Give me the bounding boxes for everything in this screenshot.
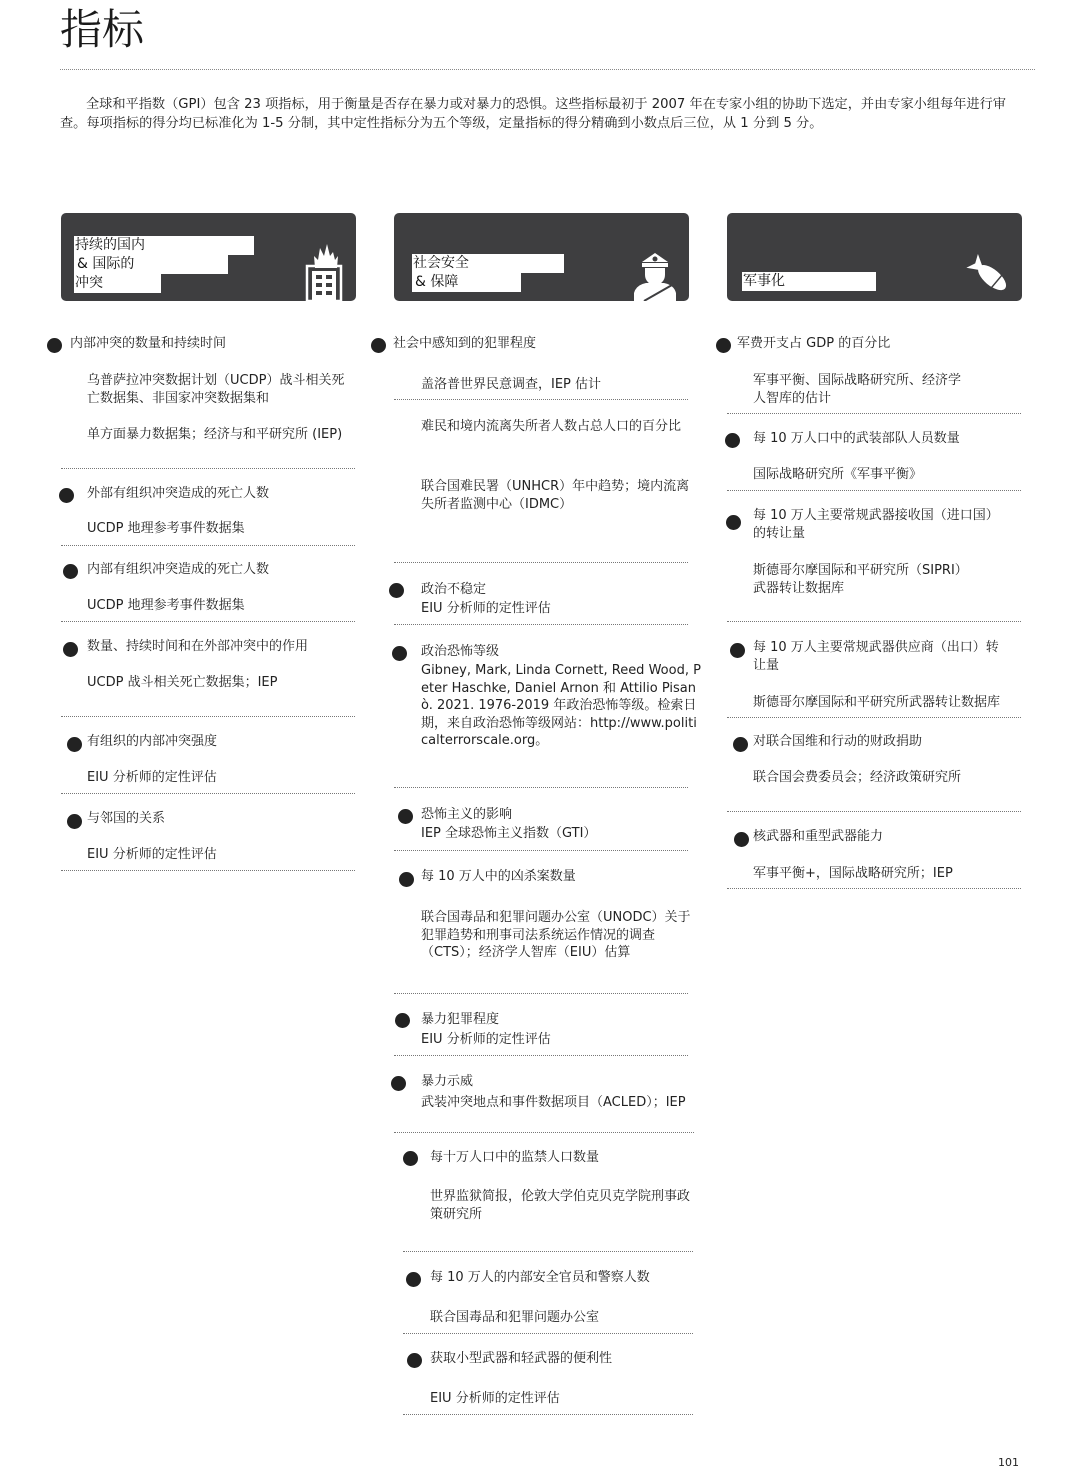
indicator-title: 恐怖主义的影响 [421,806,512,824]
indicator-source: 军事平衡、国际战略研究所、经济学人智库的估计 [753,372,963,407]
item-divider [61,545,355,546]
indicator-title: 与邻国的关系 [87,810,165,828]
indicator-source: 斯德哥尔摩国际和平研究所（SIPRI）武器转让数据库 [753,562,978,597]
indicator-title: 外部有组织冲突造成的死亡人数 [87,485,269,503]
indicator-source: 联合国毒品和犯罪问题办公室（UNODC）关于犯罪趋势和刑事司法系统运作情况的调查… [421,909,693,962]
bullet-icon [403,1151,418,1166]
item-divider [403,1251,693,1252]
indicator-title: 暴力犯罪程度 [421,1011,499,1029]
indicator-title: 每 10 万人中的凶杀案数量 [421,868,576,886]
indicator-source: 国际战略研究所《军事平衡》 [753,466,922,484]
bullet-icon [395,1013,410,1028]
category-card-conflict: 持续的国内 & 国际的 冲突 [61,213,356,301]
indicator-title: 社会中感知到的犯罪程度 [393,335,536,353]
title-divider [60,69,1035,70]
bullet-icon [67,737,82,752]
indicator-source: 军事平衡+，国际战略研究所；IEP [753,865,953,883]
bullet-icon [63,642,78,657]
item-divider [394,850,688,851]
indicator-title: 有组织的内部冲突强度 [87,733,217,751]
indicator-title: 暴力示威 [421,1073,473,1091]
indicator-title: 对联合国维和行动的财政捐助 [753,733,922,751]
item-divider [403,1414,693,1415]
indicator-source: UCDP 战斗相关死亡数据集；IEP [87,674,277,692]
indicator-title: 政治恐怖等级 [421,643,499,661]
indicator-source: EIU 分析师的定性评估 [87,846,217,864]
bullet-icon [389,583,404,598]
item-divider [727,717,1021,718]
indicator-source: 盖洛普世界民意调查，IEP 估计 [421,376,601,394]
item-divider [727,621,1021,622]
indicator-title: 难民和境内流离失所者人数占总人口的百分比 [421,418,681,436]
bullet-icon [59,488,74,503]
bullet-icon [734,832,749,847]
indicator-source: EIU 分析师的定性评估 [87,769,217,787]
burning-building-icon [304,242,344,301]
bullet-icon [371,338,386,353]
item-divider [403,1333,693,1334]
indicator-source: EIU 分析师的定性评估 [421,600,551,618]
indicator-source: 单方面暴力数据集；经济与和平研究所 (IEP) [87,426,357,444]
bullet-icon [730,643,745,658]
indicator-source: EIU 分析师的定性评估 [430,1390,560,1408]
card-label-line: & 保障 [412,273,521,292]
bullet-icon [392,646,407,661]
item-divider [61,793,355,794]
item-divider [394,399,688,400]
indicator-title: 每十万人口中的监禁人口数量 [430,1149,599,1167]
indicator-title: 数量、持续时间和在外部冲突中的作用 [87,638,309,656]
indicator-source: 乌普萨拉冲突数据计划（UCDP）战斗相关死亡数据集、非国家冲突数据集和 [87,372,357,407]
indicator-source: 斯德哥尔摩国际和平研究所武器转让数据库 [753,694,1000,712]
indicator-title: 政治不稳定 [421,581,486,599]
card-label-line: 持续的国内 [74,236,254,255]
card-label-line: 冲突 [74,274,161,293]
indicator-title: 每 10 万人主要常规武器接收国（进口国）的转让量 [753,507,1003,542]
category-card-safety-security: 社会安全 & 保障 [394,213,689,301]
item-divider [61,716,355,717]
indicator-title: 内部冲突的数量和持续时间 [70,335,226,353]
indicator-title: 核武器和重型武器能力 [753,828,883,846]
item-divider [727,811,1021,812]
card-label-line: 社会安全 [412,254,564,273]
indicator-title: 军费开支占 GDP 的百分比 [737,335,890,353]
bullet-icon [406,1272,421,1287]
indicator-source: UCDP 地理参考事件数据集 [87,520,245,538]
bullet-icon [726,515,741,530]
item-divider [61,468,355,469]
item-divider [394,787,688,788]
indicator-source: IEP 全球恐怖主义指数（GTI） [421,825,596,843]
item-divider [394,624,688,625]
bullet-icon [391,1076,406,1091]
intro-paragraph: 全球和平指数（GPI）包含 23 项指标，用于衡量是否存在暴力或对暴力的恐惧。这… [60,95,1030,133]
bullet-icon [67,814,82,829]
indicator-source: 联合国会费委员会；经济政策研究所 [753,769,963,787]
bullet-icon [407,1353,422,1368]
indicator-title: 获取小型武器和轻武器的便利性 [430,1350,612,1368]
police-officer-icon [632,251,678,301]
bullet-icon [47,338,62,353]
bullet-icon [716,338,731,353]
item-divider [727,490,1021,491]
item-divider [61,621,355,622]
item-divider [61,870,355,871]
indicator-source: 世界监狱简报，伦敦大学伯克贝克学院刑事政策研究所 [430,1188,702,1223]
card-label-line: 军事化 [742,272,876,291]
indicator-source: 联合国难民署（UNHCR）年中趋势；境内流离失所者监测中心（IDMC） [421,478,699,513]
item-divider [394,562,688,563]
page-title: 指标 [60,4,144,56]
indicator-title: 每 10 万人主要常规武器供应商（出口）转让量 [753,639,1008,674]
bullet-icon [725,433,740,448]
bullet-icon [399,872,414,887]
bullet-icon [733,737,748,752]
bomb-icon [965,253,1013,297]
bullet-icon [398,809,413,824]
card-label-line: & 国际的 [74,255,228,274]
item-divider [394,1132,694,1133]
indicator-source: 联合国毒品和犯罪问题办公室 [430,1309,599,1327]
bullet-icon [63,564,78,579]
indicator-title: 每 10 万人口中的武装部队人员数量 [753,430,960,448]
page-number: 101 [998,1456,1019,1469]
category-card-militarisation: 军事化 [727,213,1022,301]
item-divider [727,888,1021,889]
indicator-source: Gibney, Mark, Linda Cornett, Reed Wood, … [421,662,701,750]
indicator-title: 每 10 万人的内部安全官员和警察人数 [430,1269,650,1287]
item-divider [727,413,1021,414]
item-divider [394,993,688,994]
indicator-source: 武装冲突地点和事件数据项目（ACLED）；IEP [421,1094,686,1112]
indicator-source: EIU 分析师的定性评估 [421,1031,551,1049]
indicator-title: 内部有组织冲突造成的死亡人数 [87,561,269,579]
indicator-source: UCDP 地理参考事件数据集 [87,597,245,615]
item-divider [394,1055,688,1056]
